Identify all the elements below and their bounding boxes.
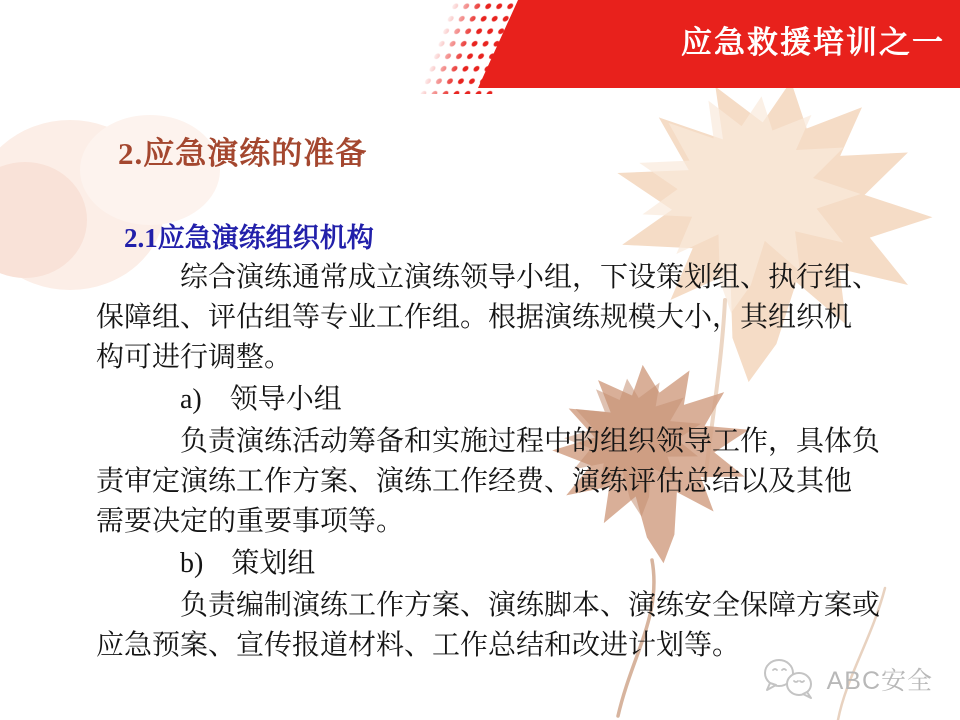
watermark-label: ABC安全: [827, 661, 933, 697]
header-banner: 应急救援培训之一: [478, 0, 960, 88]
wechat-icon: [762, 656, 820, 702]
list-item-b: b) 策划组: [96, 544, 906, 584]
watermark: ABC安全: [762, 656, 933, 702]
paragraph-leadership-group: 负责演练活动筹备和实施过程中的组织领导工作，具体负 责审定演练工作方案、演练工作…: [96, 422, 906, 542]
list-item-a: a) 领导小组: [96, 380, 906, 420]
paragraph-intro: 综合演练通常成立演练领导小组，下设策划组、执行组、 保障组、评估组等专业工作组。…: [96, 258, 906, 378]
slide-title: 2.应急演练的准备: [118, 128, 367, 173]
paragraph-planning-group: 负责编制演练工作方案、演练脚本、演练安全保障方案或 应急预案、宣传报道材料、工作…: [96, 586, 906, 666]
banner-title: 应急救援培训之一: [681, 0, 945, 86]
body-text: 综合演练通常成立演练领导小组，下设策划组、执行组、 保障组、评估组等专业工作组。…: [96, 258, 906, 668]
section-heading: 2.1应急演练组织机构: [124, 216, 374, 255]
slide: 应急救援培训之一 2.应急演练的准备 2.1应急演练组织机构 综合演练通常成立演…: [0, 0, 960, 720]
